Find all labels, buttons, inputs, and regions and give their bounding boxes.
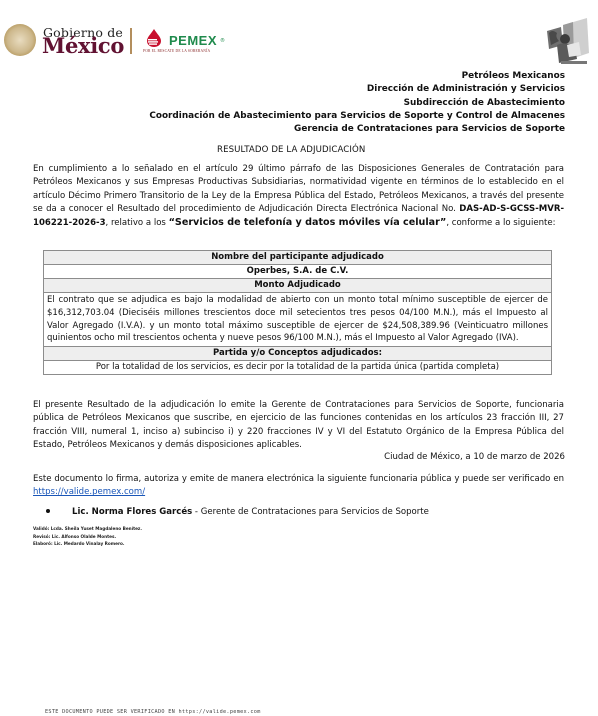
place-date: Ciudad de México, a 10 de marzo de 2026 xyxy=(384,452,565,462)
initials-prepared: Elaboró: Lic. Medardo Vinalay Romero. xyxy=(33,540,142,548)
pemex-wordmark: PEMEX xyxy=(169,33,217,48)
closing-paragraph: El presente Resultado de la adjudicación… xyxy=(33,399,564,452)
bullet-icon xyxy=(46,509,50,513)
registered-mark: ® xyxy=(220,38,225,44)
pemex-tagline: POR EL RESCATE DE LA SOBERANÍA xyxy=(143,49,210,53)
pemex-drop-eagle-icon xyxy=(144,28,164,48)
intro-paragraph: En cumplimiento a lo señalado en el artí… xyxy=(33,163,564,230)
signer-separator: - xyxy=(192,507,201,517)
header-items: Partida y/o Conceptos adjudicados: xyxy=(44,347,552,361)
header-line-pemex: Petróleos Mexicanos xyxy=(149,70,565,83)
header-line-coordinacion: Coordinación de Abastecimiento para Serv… xyxy=(149,110,565,123)
document-title: RESULTADO DE LA ADJUDICACIÓN xyxy=(217,145,365,155)
amount-description: El contrato que se adjudica es bajo la m… xyxy=(44,292,552,347)
header-participant: Nombre del participante adjudicado xyxy=(44,251,552,265)
header-line-gerencia: Gerencia de Contrataciones para Servicio… xyxy=(149,123,565,136)
department-header: Petróleos Mexicanos Dirección de Adminis… xyxy=(149,70,565,136)
initials-block: Validó: Lcda. Sheila Yuset Magdaleno Ben… xyxy=(33,525,142,548)
items-description: Por la totalidad de los servicios, es de… xyxy=(44,361,552,375)
header-line-subdireccion: Subdirección de Abastecimiento xyxy=(149,97,565,110)
gobierno-logo-line2: México xyxy=(42,35,124,57)
initials-validated: Validó: Lcda. Sheila Yuset Magdaleno Ben… xyxy=(33,525,142,533)
verification-link[interactable]: https://valide.pemex.com/ xyxy=(33,487,145,497)
participant-name: Operbes, S.A. de C.V. xyxy=(44,264,552,278)
heroine-flag-emblem-icon xyxy=(543,15,591,67)
national-coat-of-arms-logo xyxy=(4,24,36,56)
logo-divider xyxy=(130,28,132,54)
signer-role: Gerente de Contrataciones para Servicios… xyxy=(201,507,429,517)
footer-verification-note: ESTE DOCUMENTO PUEDE SER VERIFICADO EN h… xyxy=(45,709,261,715)
signer-name: Lic. Norma Flores Garcés xyxy=(72,507,192,517)
signature-text: Este documento lo firma, autoriza y emit… xyxy=(33,474,564,484)
signature-statement: Este documento lo firma, autoriza y emit… xyxy=(33,473,564,500)
intro-relativo: , relativo a los xyxy=(106,218,169,228)
signer-list-item: Lic. Norma Flores Garcés - Gerente de Co… xyxy=(46,507,429,517)
service-name: “Servicios de telefonía y datos móviles … xyxy=(169,217,447,228)
header-amount: Monto Adjudicado xyxy=(44,278,552,292)
initials-reviewed: Revisó: Lic. Alfonso Olalde Montes. xyxy=(33,533,142,541)
award-table: Nombre del participante adjudicado Operb… xyxy=(43,250,552,375)
header-line-direccion: Dirección de Administración y Servicios xyxy=(149,83,565,96)
intro-conforme: , conforme a lo siguiente: xyxy=(446,218,555,228)
